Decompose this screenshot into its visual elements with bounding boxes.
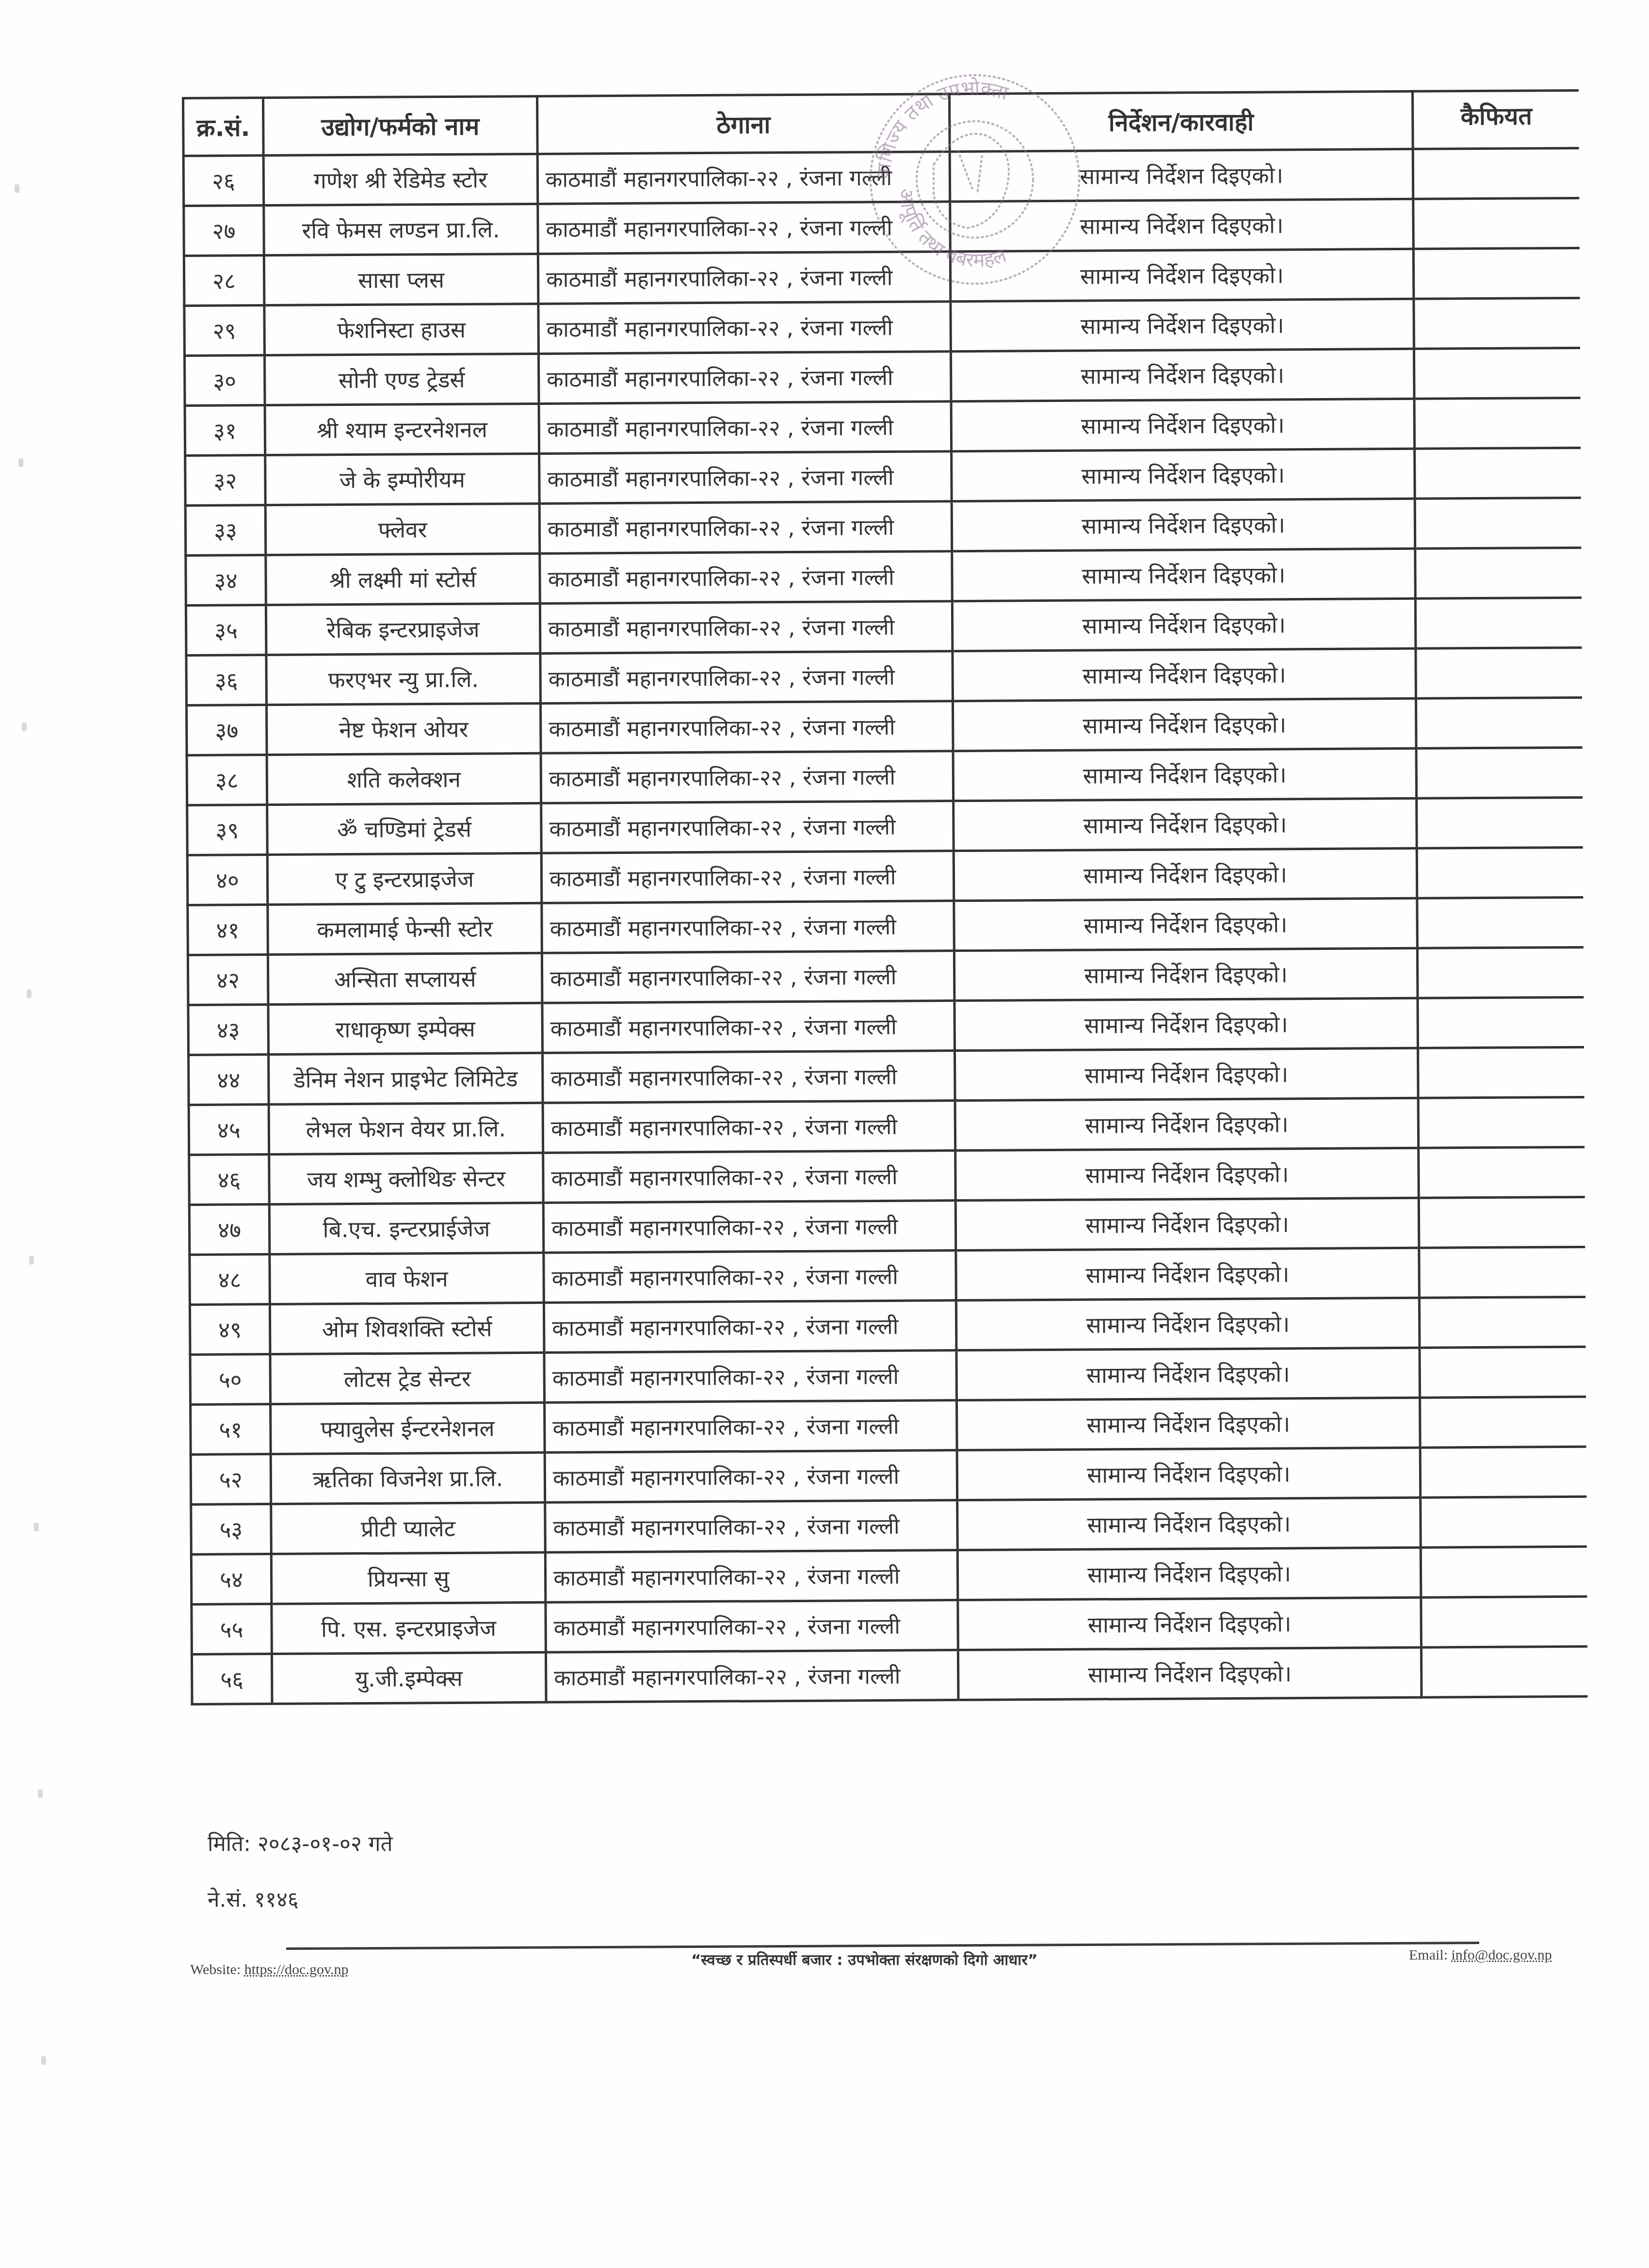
cell-action: सामान्य निर्देशन दिइएको। xyxy=(957,1547,1421,1600)
scan-speck xyxy=(22,723,27,731)
header-address: ठेगाना xyxy=(537,94,950,154)
cell-firm-name: लोटस ट्रेड सेन्टर xyxy=(270,1352,545,1404)
cell-action: सामान्य निर्देशन दिइएको। xyxy=(951,399,1415,451)
footer-divider xyxy=(286,1942,1479,1950)
cell-firm-name: प्रियन्सा सु xyxy=(271,1552,546,1604)
cell-serial-no: ४१ xyxy=(188,905,268,955)
cell-firm-name: फरएभर न्यु प्रा.लि. xyxy=(266,653,541,705)
cell-action: सामान्य निर्देशन दिइएको। xyxy=(952,598,1416,651)
table-row: ४०ए टु इन्टरप्राइजेजकाठमाडौं महानगरपालिक… xyxy=(187,847,1583,905)
cell-remarks xyxy=(1415,448,1581,499)
table-row: ३६फरएभर न्यु प्रा.लि.काठमाडौं महानगरपालि… xyxy=(186,647,1582,705)
table-row: ५६यु.जी.इम्पेक्सकाठमाडौं महानगरपालिका-२२… xyxy=(192,1646,1587,1704)
cell-address: काठमाडौं महानगरपालिका-२२ , रंजना गल्ली xyxy=(538,202,951,254)
scan-speck xyxy=(34,1523,39,1531)
cell-address: काठमाडौं महानगरपालिका-२२ , रंजना गल्ली xyxy=(538,302,951,354)
cell-action: सामान्य निर्देशन दिइएको। xyxy=(955,1098,1419,1150)
table-header-row: क्र.सं. उद्योग/फर्मको नाम ठेगाना निर्देश… xyxy=(183,90,1579,156)
cell-remarks xyxy=(1419,1247,1585,1298)
cell-serial-no: २९ xyxy=(184,306,265,356)
cell-serial-no: ४६ xyxy=(189,1155,270,1205)
table-row: ५२ऋतिका विजनेश प्रा.लि.काठमाडौं महानगरपा… xyxy=(191,1447,1586,1504)
cell-firm-name: फ्यावुलेस ईन्टरनेशनल xyxy=(271,1402,545,1454)
cell-address: काठमाडौं महानगरपालिका-२२ , रंजना गल्ली xyxy=(543,1201,956,1253)
cell-address: काठमाडौं महानगरपालिका-२२ , रंजना गल्ली xyxy=(542,1001,955,1053)
table-row: २९फेशनिस्टा हाउसकाठमाडौं महानगरपालिका-२२… xyxy=(184,298,1580,355)
cell-serial-no: ३४ xyxy=(186,555,266,606)
cell-firm-name: गणेश श्री रेडिमेड स्टोर xyxy=(263,154,538,205)
table-row: ४९ओम शिवशक्ति स्टोर्सकाठमाडौं महानगरपालि… xyxy=(190,1297,1585,1354)
header-serial-no: क्र.सं. xyxy=(183,98,264,156)
cell-firm-name: यु.जी.इम्पेक्स xyxy=(272,1652,546,1704)
email-label: Email: xyxy=(1409,1947,1448,1963)
cell-serial-no: ३८ xyxy=(187,755,267,805)
scan-speck xyxy=(15,184,19,193)
table-row: ५३प्रीटी प्यालेटकाठमाडौं महानगरपालिका-२२… xyxy=(191,1496,1587,1554)
cell-firm-name: जे के इम्पोरीयम xyxy=(265,453,540,505)
cell-action: सामान्य निर्देशन दिइएको। xyxy=(955,1198,1419,1250)
cell-serial-no: ५१ xyxy=(191,1404,271,1455)
cell-serial-no: ४२ xyxy=(188,955,268,1005)
cell-action: सामान्य निर्देशन दिइएको। xyxy=(952,548,1416,601)
cell-address: काठमाडौं महानगरपालिका-२२ , रंजना गल्ली xyxy=(545,1450,957,1503)
cell-firm-name: सोनी एण्ड ट्रेडर्स xyxy=(264,354,539,405)
cell-action: सामान्य निर्देशन दिइएको। xyxy=(954,898,1418,950)
cell-remarks xyxy=(1419,1197,1585,1248)
cell-remarks xyxy=(1416,747,1583,798)
date-note: मिति: २०८३-०१-०२ गते xyxy=(208,1828,393,1857)
cell-action: सामान्य निर्देशन दिइएको। xyxy=(956,1348,1420,1400)
cell-serial-no: ४४ xyxy=(189,1055,269,1105)
table-body: २६गणेश श्री रेडिमेड स्टोरकाठमाडौं महानगर… xyxy=(183,148,1587,1704)
header-action: निर्देशन/कारवाही xyxy=(949,91,1413,151)
cell-address: काठमाडौं महानगरपालिका-२२ , रंजना गल्ली xyxy=(544,1251,956,1303)
cell-remarks xyxy=(1417,797,1583,848)
cell-firm-name: प्रीटी प्यालेट xyxy=(271,1502,546,1554)
website-link[interactable]: https://doc.gov.np xyxy=(244,1962,349,1978)
cell-serial-no: ४३ xyxy=(188,1005,269,1055)
cell-remarks xyxy=(1421,1596,1587,1647)
cell-remarks xyxy=(1418,1097,1584,1148)
cell-action: सामान्य निर्देशन दिइएको। xyxy=(957,1497,1421,1550)
cell-address: काठमाडौं महानगरपालिका-२२ , रंजना गल्ली xyxy=(540,551,953,604)
table-row: ४३राधाकृष्ण इम्पेक्सकाठमाडौं महानगरपालिक… xyxy=(188,997,1584,1055)
cell-serial-no: ४७ xyxy=(189,1205,270,1255)
cell-remarks xyxy=(1414,398,1581,449)
table-row: २८सासा प्लसकाठमाडौं महानगरपालिका-२२ , रं… xyxy=(184,248,1580,306)
cell-action: सामान्य निर्देशन दिइएको। xyxy=(957,1448,1421,1500)
cell-remarks xyxy=(1417,847,1583,898)
cell-firm-name: कमलामाई फेन्सी स्टोर xyxy=(268,903,542,954)
cell-address: काठमाडौं महानगरपालिका-२२ , रंजना गल्ली xyxy=(545,1400,957,1453)
cell-serial-no: ३३ xyxy=(185,505,266,556)
table-row: ५५पि. एस. इन्टरप्राइजेजकाठमाडौं महानगरपा… xyxy=(192,1596,1587,1654)
scan-speck xyxy=(18,458,23,467)
scan-speck xyxy=(38,1789,43,1798)
cell-firm-name: रवि फेमस लण्डन प्रा.लि. xyxy=(264,204,538,255)
table-row: ३७नेष्ट फेशन ओयरकाठमाडौं महानगरपालिका-२२… xyxy=(187,697,1583,755)
table-row: २६गणेश श्री रेडिमेड स्टोरकाठमाडौं महानगर… xyxy=(183,148,1579,206)
cell-address: काठमाडौं महानगरपालिका-२२ , रंजना गल्ली xyxy=(540,601,953,654)
cell-action: सामान्य निर्देशन दिइएको। xyxy=(952,499,1415,551)
cell-serial-no: ३० xyxy=(184,355,265,406)
cell-firm-name: श्री लक्ष्मी मां स्टोर्स xyxy=(266,553,540,605)
table-row: ५०लोटस ट्रेड सेन्टरकाठमाडौं महानगरपालिका… xyxy=(190,1347,1586,1404)
table-row: ३९ॐ चण्डिमां ट्रेडर्सकाठमाडौं महानगरपालि… xyxy=(187,797,1583,855)
cell-serial-no: ५० xyxy=(190,1354,271,1405)
table-row: ४८वाव फेशनकाठमाडौं महानगरपालिका-२२ , रंज… xyxy=(190,1247,1585,1304)
cell-action: सामान्य निर्देशन दिइएको। xyxy=(955,1148,1419,1200)
cell-firm-name: ॐ चण्डिमां ट्रेडर्स xyxy=(267,803,542,854)
cell-serial-no: ५२ xyxy=(191,1454,271,1505)
cell-action: सामान्य निर्देशन दिइएको। xyxy=(957,1398,1421,1450)
cell-action: सामान्य निर्देशन दिइएको। xyxy=(953,648,1416,701)
cell-remarks xyxy=(1416,647,1582,698)
table-row: ३३फ्लेवरकाठमाडौं महानगरपालिका-२२ , रंजना… xyxy=(185,498,1581,555)
cell-action: सामान्य निर्देशन दिइएको। xyxy=(953,748,1417,801)
table-row: ३८शति कलेक्शनकाठमाडौं महानगरपालिका-२२ , … xyxy=(187,747,1583,805)
footer-motto: “स्वच्छ र प्रतिस्पर्धी बजार : उपभोक्ता स… xyxy=(691,1949,1037,1970)
cell-action: सामान्य निर्देशन दिइएको। xyxy=(954,848,1417,901)
cell-firm-name: श्री श्याम इन्टरनेशनल xyxy=(265,403,539,455)
cell-remarks xyxy=(1419,1297,1585,1348)
cell-address: काठमाडौं महानगरपालिका-२२ , रंजना गल्ली xyxy=(542,951,954,1003)
cell-firm-name: लेभल फेशन वेयर प्रा.लि. xyxy=(269,1103,543,1154)
cell-serial-no: ४९ xyxy=(190,1304,270,1355)
table-row: ४६जय शम्भु क्लोथिङ सेन्टरकाठमाडौं महानगर… xyxy=(189,1147,1585,1205)
nepal-sambat-note: ने.सं. ११४६ xyxy=(208,1884,299,1913)
cell-address: काठमाडौं महानगरपालिका-२२ , रंजना गल्ली xyxy=(539,402,952,454)
cell-firm-name: फेशनिस्टा हाउस xyxy=(264,304,539,355)
table-row: ४१कमलामाई फेन्सी स्टोरकाठमाडौं महानगरपाल… xyxy=(188,897,1584,955)
cell-remarks xyxy=(1415,547,1582,598)
cell-action: सामान्य निर्देशन दिइएको। xyxy=(954,998,1418,1050)
cell-remarks xyxy=(1421,1496,1587,1547)
cell-remarks xyxy=(1413,248,1580,299)
cell-remarks xyxy=(1421,1546,1587,1597)
cell-remarks xyxy=(1413,198,1580,249)
cell-remarks xyxy=(1416,697,1582,748)
cell-action: सामान्य निर्देशन दिइएको। xyxy=(950,149,1413,201)
cell-address: काठमाडौं महानगरपालिका-२२ , रंजना गल्ली xyxy=(539,501,952,554)
cell-firm-name: ए टु इन्टरप्राइजेज xyxy=(267,853,542,904)
table-row: ३०सोनी एण्ड ट्रेडर्सकाठमाडौं महानगरपालिक… xyxy=(184,348,1580,405)
header-firm-name: उद्योग/फर्मको नाम xyxy=(263,96,538,155)
cell-firm-name: शति कलेक्शन xyxy=(267,753,541,804)
cell-firm-name: राधाकृष्ण इम्पेक्स xyxy=(268,1003,543,1054)
cell-serial-no: ३६ xyxy=(186,655,267,706)
scan-speck xyxy=(29,1256,34,1265)
cell-action: सामान्य निर्देशन दिइएको। xyxy=(950,199,1414,251)
cell-action: सामान्य निर्देशन दिइएको। xyxy=(951,349,1414,401)
cell-serial-no: ५४ xyxy=(191,1554,272,1605)
cell-action: सामान्य निर्देशन दिइएको। xyxy=(951,299,1414,351)
cell-address: काठमाडौं महानगरपालिका-२२ , रंजना गल्ली xyxy=(546,1600,958,1653)
table-row: ५४प्रियन्सा सुकाठमाडौं महानगरपालिका-२२ ,… xyxy=(191,1546,1587,1604)
cell-address: काठमाडौं महानगरपालिका-२२ , रंजना गल्ली xyxy=(545,1550,958,1603)
cell-serial-no: २७ xyxy=(184,206,264,256)
table-row: ४७बि.एच. इन्टरप्राईजेजकाठमाडौं महानगरपाल… xyxy=(189,1197,1585,1255)
cell-firm-name: बि.एच. इन्टरप्राईजेज xyxy=(269,1203,544,1254)
cell-serial-no: ५३ xyxy=(191,1504,272,1555)
document-page: क्र.सं. उद्योग/फर्मको नाम ठेगाना निर्देश… xyxy=(0,0,1649,2268)
header-remarks: कैफियत xyxy=(1412,90,1579,149)
table-row: ३५रेबिक इन्टरप्राइजेजकाठमाडौं महानगरपालि… xyxy=(186,597,1582,655)
cell-remarks xyxy=(1418,1047,1584,1098)
cell-remarks xyxy=(1421,1646,1587,1697)
cell-remarks xyxy=(1419,1147,1585,1198)
footer-website: Website: https://doc.gov.np xyxy=(190,1962,348,1978)
cell-address: काठमाडौं महानगरपालिका-२२ , रंजना गल्ली xyxy=(537,152,950,204)
cell-serial-no: ५६ xyxy=(192,1654,272,1705)
cell-remarks xyxy=(1417,947,1584,998)
cell-action: सामान्य निर्देशन दिइएको। xyxy=(958,1647,1422,1700)
email-link[interactable]: info@doc.gov.np xyxy=(1451,1947,1552,1963)
website-label: Website: xyxy=(190,1962,241,1978)
cell-remarks xyxy=(1414,298,1580,349)
cell-firm-name: नेष्ट फेशन ओयर xyxy=(267,703,541,755)
table-row: ५१फ्यावुलेस ईन्टरनेशनलकाठमाडौं महानगरपाल… xyxy=(191,1397,1586,1454)
cell-firm-name: अन्सिता सप्लायर्स xyxy=(268,953,542,1004)
cell-firm-name: ऋतिका विजनेश प्रा.लि. xyxy=(271,1452,545,1504)
cell-address: काठमाडौं महानगरपालिका-२२ , रंजना गल्ली xyxy=(540,701,953,754)
cell-address: काठमाडौं महानगरपालिका-२२ , रंजना गल्ली xyxy=(540,651,953,704)
table-row: ३२जे के इम्पोरीयमकाठमाडौं महानगरपालिका-२… xyxy=(185,448,1581,505)
cell-remarks xyxy=(1418,997,1584,1048)
cell-firm-name: डेनिम नेशन प्राइभेट लिमिटेड xyxy=(269,1053,543,1104)
table-row: ४५लेभल फेशन वेयर प्रा.लि.काठमाडौं महानगर… xyxy=(189,1097,1584,1155)
cell-address: काठमाडौं महानगरपालिका-२२ , रंजना गल्ली xyxy=(546,1650,958,1703)
cell-address: काठमाडौं महानगरपालिका-२२ , रंजना गल्ली xyxy=(539,451,952,504)
cell-action: सामान्य निर्देशन दिइएको। xyxy=(952,449,1415,501)
scan-speck xyxy=(27,989,32,998)
cell-serial-no: ३२ xyxy=(185,455,266,506)
cell-address: काठमाडौं महानगरपालिका-२२ , रंजना गल्ली xyxy=(542,901,954,953)
cell-remarks xyxy=(1420,1397,1586,1448)
cell-firm-name: जय शम्भु क्लोथिङ सेन्टर xyxy=(269,1153,544,1204)
cell-serial-no: २६ xyxy=(183,156,264,206)
cell-address: काठमाडौं महानगरपालिका-२२ , रंजना गल्ली xyxy=(541,751,954,804)
cell-serial-no: ३१ xyxy=(185,405,265,456)
cell-firm-name: वाव फेशन xyxy=(270,1253,544,1304)
cell-serial-no: ३५ xyxy=(186,605,266,656)
cell-serial-no: ३७ xyxy=(187,705,267,756)
cell-remarks xyxy=(1415,498,1581,548)
cell-remarks xyxy=(1417,897,1584,948)
cell-action: सामान्य निर्देशन दिइएको। xyxy=(954,948,1418,1000)
cell-action: सामान्य निर्देशन दिइएको। xyxy=(956,1298,1420,1350)
cell-action: सामान्य निर्देशन दिइएको। xyxy=(958,1597,1422,1650)
cell-address: काठमाडौं महानगरपालिका-२२ , रंजना गल्ली xyxy=(541,801,954,853)
cell-serial-no: ५५ xyxy=(192,1604,272,1655)
cell-action: सामान्य निर्देशन दिइएको। xyxy=(950,249,1414,301)
cell-serial-no: ४८ xyxy=(190,1255,270,1305)
table-row: ४४डेनिम नेशन प्राइभेट लिमिटेडकाठमाडौं मह… xyxy=(189,1047,1584,1105)
cell-firm-name: पि. एस. इन्टरप्राइजेज xyxy=(272,1602,546,1654)
cell-address: काठमाडौं महानगरपालिका-२२ , रंजना गल्ली xyxy=(544,1351,957,1403)
cell-remarks xyxy=(1413,148,1579,199)
inspection-table: क्र.सं. उद्योग/फर्मको नाम ठेगाना निर्देश… xyxy=(182,89,1587,1705)
cell-action: सामान्य निर्देशन दिइएको। xyxy=(953,698,1416,751)
cell-address: काठमाडौं महानगरपालिका-२२ , रंजना गल्ली xyxy=(543,1101,955,1153)
cell-remarks xyxy=(1420,1347,1586,1398)
cell-firm-name: फ्लेवर xyxy=(265,503,540,555)
cell-address: काठमाडौं महानगरपालिका-२२ , रंजना गल्ली xyxy=(544,1301,956,1353)
table-row: ३४श्री लक्ष्मी मां स्टोर्सकाठमाडौं महानग… xyxy=(186,547,1582,605)
cell-firm-name: रेबिक इन्टरप्राइजेज xyxy=(266,603,540,655)
cell-serial-no: ४५ xyxy=(189,1105,269,1155)
cell-address: काठमाडौं महानगरपालिका-२२ , रंजना गल्ली xyxy=(543,1051,955,1103)
cell-firm-name: सासा प्लस xyxy=(264,254,538,305)
cell-address: काठमाडौं महानगरपालिका-२२ , रंजना गल्ली xyxy=(545,1500,958,1553)
cell-address: काठमाडौं महानगरपालिका-२२ , रंजना गल्ली xyxy=(543,1151,956,1203)
cell-remarks xyxy=(1415,597,1582,648)
cell-serial-no: ३९ xyxy=(187,805,268,855)
cell-firm-name: ओम शिवशक्ति स्टोर्स xyxy=(270,1303,544,1354)
footer-email: Email: info@doc.gov.np xyxy=(1409,1947,1552,1963)
cell-action: सामान्य निर्देशन दिइएको। xyxy=(955,1048,1419,1100)
cell-address: काठमाडौं महानगरपालिका-२२ , रंजना गल्ली xyxy=(538,352,951,404)
table-row: २७रवि फेमस लण्डन प्रा.लि.काठमाडौं महानगर… xyxy=(184,198,1580,256)
cell-remarks xyxy=(1420,1447,1586,1497)
cell-serial-no: ४० xyxy=(187,855,268,905)
cell-address: काठमाडौं महानगरपालिका-२२ , रंजना गल्ली xyxy=(541,851,954,903)
table-row: ३१श्री श्याम इन्टरनेशनलकाठमाडौं महानगरपा… xyxy=(185,398,1581,455)
table-row: ४२अन्सिता सप्लायर्सकाठमाडौं महानगरपालिका… xyxy=(188,947,1584,1005)
scan-speck xyxy=(41,2056,46,2065)
cell-action: सामान्य निर्देशन दिइएको। xyxy=(956,1248,1420,1300)
cell-action: सामान्य निर्देशन दिइएको। xyxy=(954,798,1417,851)
cell-serial-no: २८ xyxy=(184,256,264,306)
cell-address: काठमाडौं महानगरपालिका-२२ , रंजना गल्ली xyxy=(538,252,951,304)
cell-remarks xyxy=(1414,348,1580,399)
